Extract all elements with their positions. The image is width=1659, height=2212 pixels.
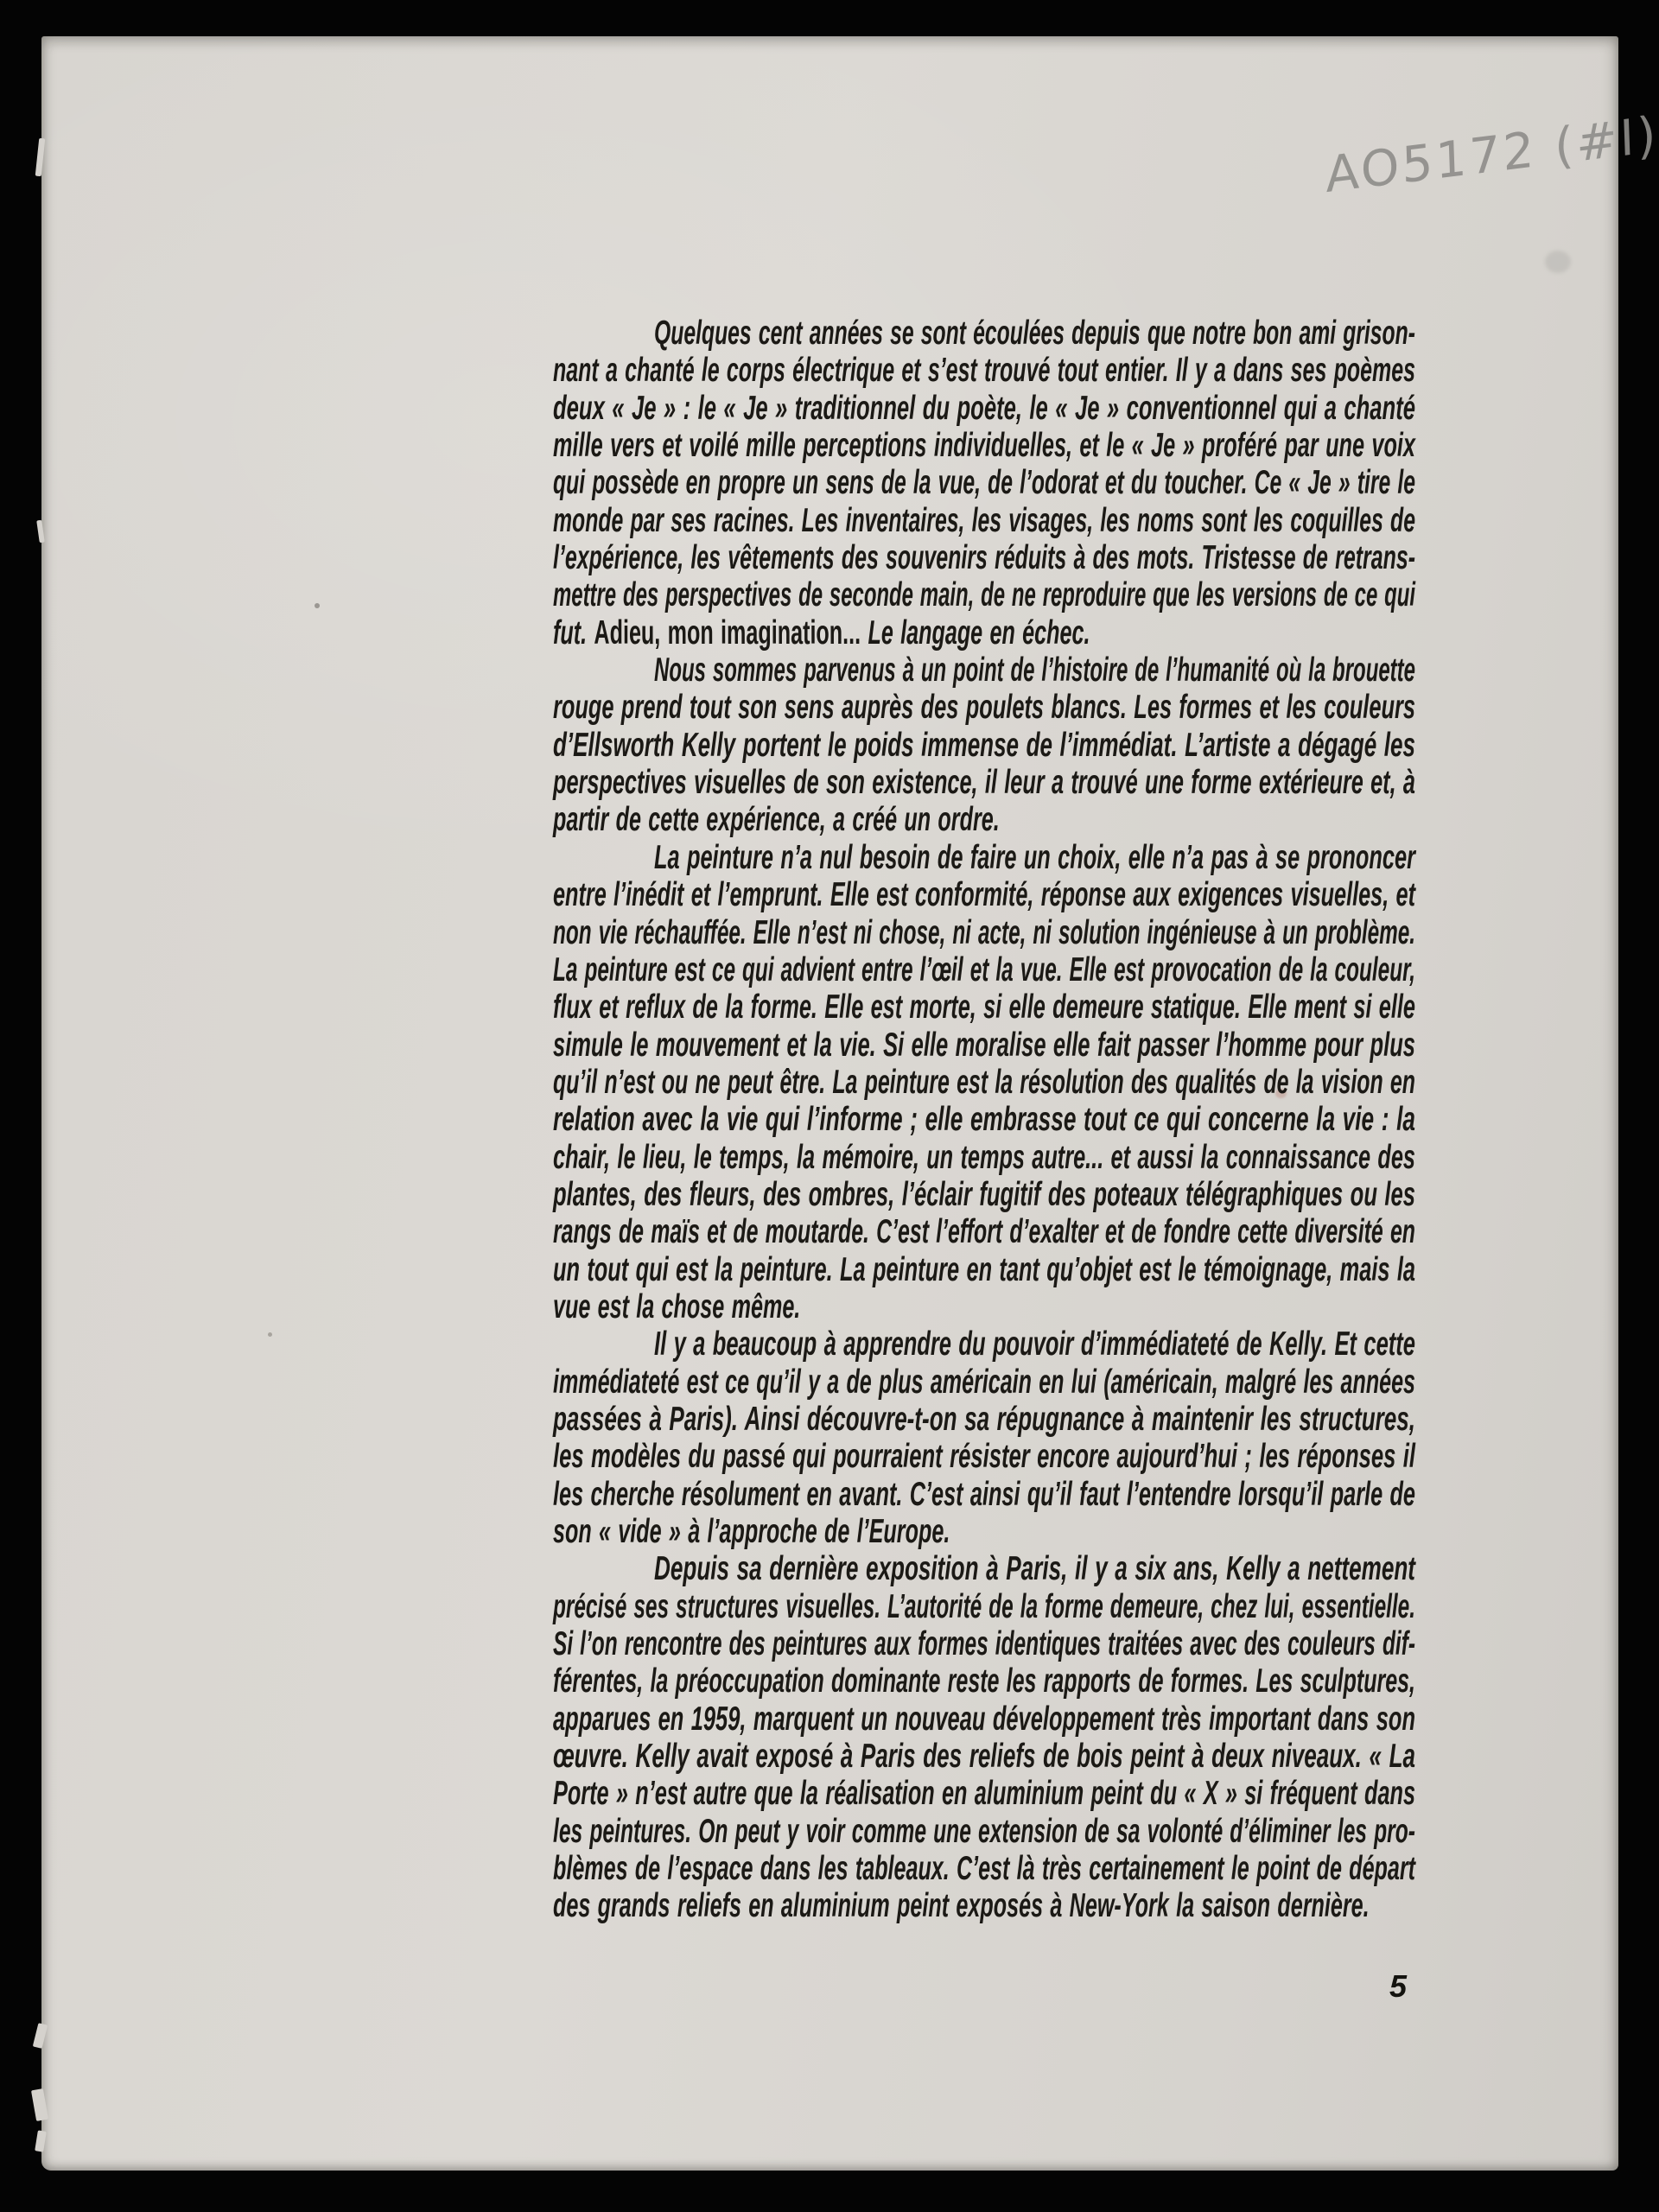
paragraph: Il y a beaucoup à apprendre du pouvoir d… (553, 1325, 1415, 1550)
text-line: plantes, des fleurs, des ombres, l’éclai… (553, 1176, 1415, 1213)
italic-segment: immédiateté est ce qu’il y a de plus amé… (553, 1363, 1415, 1401)
italic-segment: Il y a beaucoup à apprendre du pouvoir d… (654, 1325, 1415, 1363)
text-line: immédiateté est ce qu’il y a de plus amé… (553, 1363, 1415, 1401)
italic-segment: monde par ses racines. Les inventaires, … (553, 502, 1415, 539)
text-line: monde par ses racines. Les inventaires, … (553, 502, 1415, 539)
page-number: 5 (1389, 1968, 1424, 2005)
text-line: Depuis sa dernière exposition à Paris, i… (654, 1550, 1415, 1587)
italic-segment: qu’il n’est ou ne peut être. La peinture… (553, 1064, 1415, 1101)
italic-segment: plantes, des fleurs, des ombres, l’éclai… (553, 1176, 1415, 1213)
italic-segment: apparues en 1959, marquent un nouveau dé… (553, 1700, 1415, 1738)
text-line: simule le mouvement et la vie. Si elle m… (553, 1027, 1415, 1064)
scanned-book-page: AO5172 (#I) Quelques cent années se sont… (0, 0, 1659, 2212)
text-line: d’Ellsworth Kelly portent le poids immen… (553, 727, 1415, 764)
handwritten-annotation: AO5172 (#I) (1325, 103, 1659, 204)
dust-speck (1545, 251, 1571, 273)
italic-segment: passées à Paris). Ainsi découvre-t-on sa… (553, 1401, 1415, 1438)
text-line: Quelques cent années se sont écoulées de… (654, 315, 1415, 352)
italic-segment: mettre des perspectives de seconde main,… (553, 576, 1415, 613)
text-line: passées à Paris). Ainsi découvre-t-on sa… (553, 1401, 1415, 1438)
text-line: les modèles du passé qui pourraient rési… (553, 1438, 1415, 1475)
text-line: La peinture est ce qui advient entre l’œ… (553, 951, 1415, 988)
text-line: des grands reliefs en aluminium peint ex… (553, 1887, 1370, 1924)
text-line: rouge prend tout son sens auprès des pou… (553, 689, 1415, 726)
paper-sheet: AO5172 (#I) Quelques cent années se sont… (41, 36, 1618, 2171)
paper-edge-tear (31, 2088, 48, 2121)
italic-segment: son « vide » à l’approche de l’Europe. (553, 1513, 950, 1550)
italic-segment: rouge prend tout son sens auprès des pou… (553, 689, 1415, 726)
text-line: perspectives visuelles de son existence,… (553, 764, 1415, 801)
text-line: deux « Je » : le « Je » traditionnel du … (553, 390, 1415, 427)
text-line: l’expérience, les vêtements des souvenir… (553, 539, 1415, 576)
text-line: Nous sommes parvenus à un point de l’his… (654, 652, 1415, 689)
paper-edge-tear (36, 520, 45, 543)
text-line: fut. Adieu, mon imagination... Le langag… (553, 614, 1090, 652)
italic-segment: perspectives visuelles de son existence,… (553, 764, 1415, 801)
text-line: Il y a beaucoup à apprendre du pouvoir d… (654, 1325, 1415, 1363)
essay-text-block: Quelques cent années se sont écoulées de… (553, 315, 1415, 1925)
italic-segment: Depuis sa dernière exposition à Paris, i… (654, 1550, 1415, 1587)
italic-segment: La peinture est ce qui advient entre l’œ… (553, 951, 1415, 988)
italic-segment: relation avec la vie qui l’informe ; ell… (553, 1101, 1415, 1138)
text-line: œuvre. Kelly avait exposé à Paris des re… (553, 1738, 1415, 1775)
italic-segment: qui possède en propre un sens de la vue,… (553, 464, 1415, 501)
italic-segment: Quelques cent années se sont écoulées de… (654, 315, 1415, 352)
italic-segment: d’Ellsworth Kelly portent le poids immen… (553, 727, 1415, 764)
italic-segment: La peinture n’a nul besoin de faire un c… (654, 839, 1415, 876)
italic-segment: vue est la chose même. (553, 1288, 800, 1325)
italic-segment: œuvre. Kelly avait exposé à Paris des re… (553, 1738, 1415, 1775)
text-line: relation avec la vie qui l’informe ; ell… (553, 1101, 1415, 1138)
italic-segment: blèmes de l’espace dans les tableaux. C’… (553, 1850, 1415, 1887)
text-line: entre l’inédit et l’emprunt. Elle est co… (553, 876, 1415, 913)
paragraph: Depuis sa dernière exposition à Paris, i… (553, 1550, 1415, 1924)
text-line: les peintures. On peut y voir comme une … (553, 1813, 1415, 1850)
italic-segment: non vie réchauffée. Elle n’est ni chose,… (553, 914, 1415, 951)
text-line: flux et reflux de la forme. Elle est mor… (553, 988, 1415, 1026)
paper-edge-tear (35, 138, 46, 176)
italic-segment: des grands reliefs en aluminium peint ex… (553, 1887, 1370, 1924)
italic-segment: les peintures. On peut y voir comme une … (553, 1813, 1415, 1850)
text-line: partir de cette expérience, a créé un or… (553, 801, 1000, 838)
italic-segment: Le langage en échec. (868, 614, 1090, 652)
text-line: nant a chanté le corps électrique et s’e… (553, 352, 1415, 389)
text-line: qu’il n’est ou ne peut être. La peinture… (553, 1064, 1415, 1101)
italic-segment: les cherche résolument en avant. C’est a… (553, 1476, 1415, 1513)
text-line: un tout qui est la peinture. La peinture… (553, 1251, 1415, 1288)
italic-segment: entre l’inédit et l’emprunt. Elle est co… (553, 876, 1415, 913)
paragraph: Quelques cent années se sont écoulées de… (553, 315, 1415, 652)
text-line: férentes, la préoccupation dominante res… (553, 1662, 1415, 1700)
italic-segment: fut. (553, 614, 594, 652)
italic-segment: Porte » n’est autre que la réalisation e… (553, 1775, 1415, 1812)
italic-segment: nant a chanté le corps électrique et s’e… (553, 352, 1415, 389)
italic-segment: rangs de maïs et de moutarde. C’est l’ef… (553, 1213, 1415, 1250)
text-line: Porte » n’est autre que la réalisation e… (553, 1775, 1415, 1812)
text-line: qui possède en propre un sens de la vue,… (553, 464, 1415, 501)
roman-segment: Adieu, mon imagination... (594, 614, 868, 652)
dust-speck (315, 603, 320, 608)
text-line: les cherche résolument en avant. C’est a… (553, 1476, 1415, 1513)
text-line: blèmes de l’espace dans les tableaux. C’… (553, 1850, 1415, 1887)
dust-speck (268, 1332, 272, 1337)
paper-edge-tear (33, 2023, 48, 2049)
text-line: La peinture n’a nul besoin de faire un c… (654, 839, 1415, 876)
italic-segment: un tout qui est la peinture. La peinture… (553, 1251, 1415, 1288)
text-line: mille vers et voilé mille perceptions in… (553, 427, 1415, 464)
text-line: Si l’on rencontre des peintures aux form… (553, 1625, 1415, 1662)
italic-segment: mille vers et voilé mille perceptions in… (553, 427, 1415, 464)
text-line: chair, le lieu, le temps, la mémoire, un… (553, 1139, 1415, 1176)
italic-segment: Si l’on rencontre des peintures aux form… (553, 1625, 1415, 1662)
text-line: non vie réchauffée. Elle n’est ni chose,… (553, 914, 1415, 951)
italic-segment: deux « Je » : le « Je » traditionnel du … (553, 390, 1415, 427)
text-line: précisé ses structures visuelles. L’auto… (553, 1588, 1415, 1625)
italic-segment: férentes, la préoccupation dominante res… (553, 1662, 1415, 1700)
text-line: son « vide » à l’approche de l’Europe. (553, 1513, 950, 1550)
paragraph: La peinture n’a nul besoin de faire un c… (553, 839, 1415, 1325)
text-line: apparues en 1959, marquent un nouveau dé… (553, 1700, 1415, 1738)
italic-segment: partir de cette expérience, a créé un or… (553, 801, 1000, 838)
italic-segment: précisé ses structures visuelles. L’auto… (553, 1588, 1415, 1625)
italic-segment: l’expérience, les vêtements des souvenir… (553, 539, 1415, 576)
paper-edge-tear (35, 2130, 47, 2152)
italic-segment: simule le mouvement et la vie. Si elle m… (553, 1027, 1415, 1064)
text-line: mettre des perspectives de seconde main,… (553, 576, 1415, 613)
italic-segment: Nous sommes parvenus à un point de l’his… (654, 652, 1415, 689)
text-line: rangs de maïs et de moutarde. C’est l’ef… (553, 1213, 1415, 1250)
text-line: vue est la chose même. (553, 1288, 800, 1325)
italic-segment: les modèles du passé qui pourraient rési… (553, 1438, 1415, 1475)
italic-segment: chair, le lieu, le temps, la mémoire, un… (553, 1139, 1415, 1176)
italic-segment: flux et reflux de la forme. Elle est mor… (553, 988, 1415, 1026)
paragraph: Nous sommes parvenus à un point de l’his… (553, 652, 1415, 839)
